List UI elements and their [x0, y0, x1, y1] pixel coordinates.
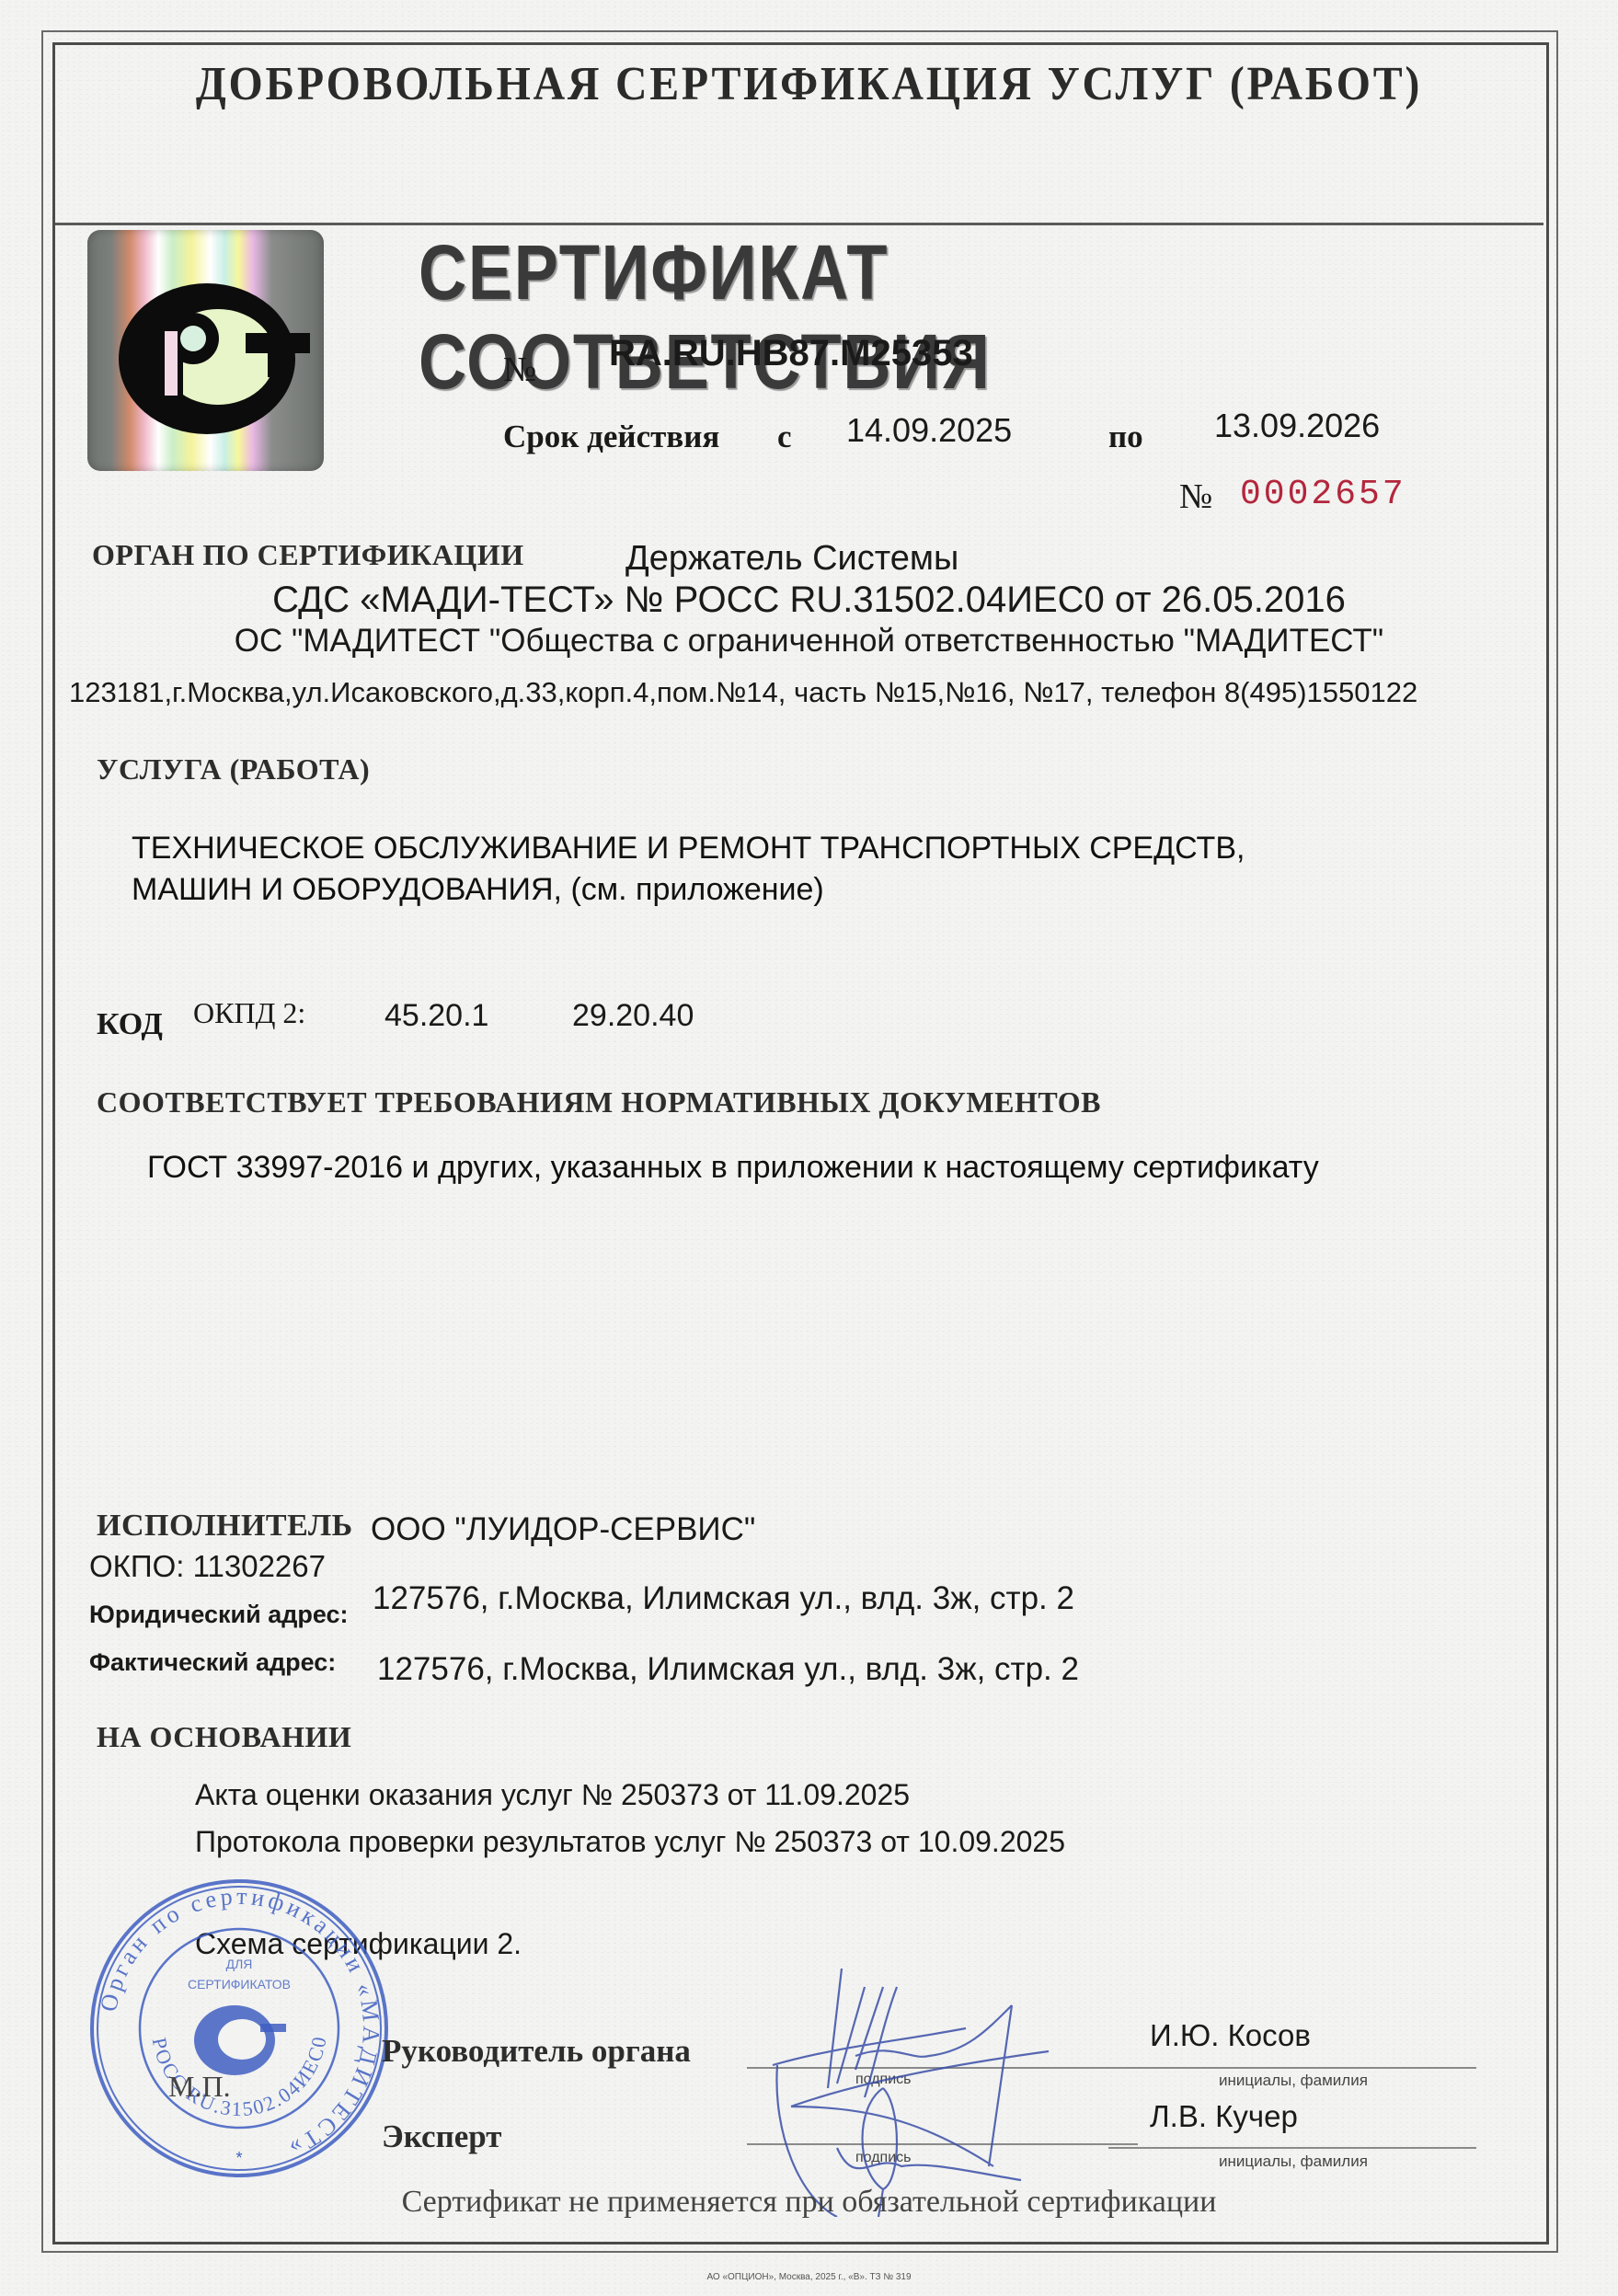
stamp-place-label: М.П. — [168, 2070, 231, 2104]
printer-imprint: АО «ОПЦИОН», Москва, 2025 г., «В». ТЗ № … — [0, 2272, 1618, 2282]
certification-stamp: Орган по сертификации «МАДИТЕСТ» РОСС RU… — [87, 1877, 391, 2180]
system-holder: Держатель Системы — [625, 539, 958, 579]
certification-organization: ОС "МАДИТЕСТ "Общества с ограниченной от… — [0, 623, 1618, 660]
certification-body-address: 123181,г.Москва,ул.Исаковского,д.33,корп… — [69, 676, 1417, 709]
expert-label: Эксперт — [382, 2118, 501, 2155]
expert-name-line — [1108, 2147, 1476, 2149]
handwritten-signature — [745, 1969, 1095, 2217]
head-name: И.Ю. Косов — [1150, 2018, 1311, 2053]
number-label: № — [503, 350, 536, 390]
service-description-line2: МАШИН И ОБОРУДОВАНИЯ, (см. приложение) — [132, 872, 824, 908]
service-label: УСЛУГА (РАБОТА) — [97, 752, 370, 786]
round-stamp-icon: Орган по сертификации «МАДИТЕСТ» РОСС RU… — [87, 1877, 391, 2180]
certificate-number: RA.RU.HB87.M25353 — [609, 333, 973, 374]
serial-number: 0002657 — [1240, 475, 1406, 514]
svg-text:СЕРТИФИКАТОВ: СЕРТИФИКАТОВ — [188, 1977, 291, 1992]
valid-from-date: 14.09.2025 — [846, 411, 1012, 450]
certification-body-label: ОРГАН ПО СЕРТИФИКАЦИИ — [92, 538, 524, 572]
program-title: ДОБРОВОЛЬНАЯ СЕРТИФИКАЦИЯ УСЛУГ (РАБОТ) — [64, 57, 1553, 111]
legal-address-label: Юридический адрес: — [89, 1601, 349, 1629]
validity-from-label: с — [777, 419, 792, 455]
name-caption: инициалы, фамилия — [1219, 2072, 1368, 2090]
basis-item: Протокола проверки результатов услуг № 2… — [195, 1825, 1065, 1859]
basis-item: Акта оценки оказания услуг № 250373 от 1… — [195, 1778, 910, 1812]
legal-address: 127576, г.Москва, Илимская ул., влд. 3ж,… — [373, 1580, 1074, 1617]
svg-text:*: * — [235, 2149, 242, 2167]
header-divider — [55, 223, 1543, 225]
valid-to-date: 13.09.2026 — [1214, 407, 1380, 445]
service-description-line1: ТЕХНИЧЕСКОЕ ОБСЛУЖИВАНИЕ И РЕМОНТ ТРАНСП… — [132, 831, 1245, 867]
head-name-line — [1108, 2067, 1476, 2069]
name-caption: инициалы, фамилия — [1219, 2152, 1368, 2171]
expert-name: Л.В. Кучер — [1150, 2099, 1298, 2134]
validity-to-label: по — [1108, 419, 1143, 455]
executor-label: ИСПОЛНИТЕЛЬ — [97, 1509, 353, 1544]
signature-scribble-icon — [745, 1969, 1095, 2217]
footer-note: Сертификат не применяется при обязательн… — [0, 2185, 1618, 2220]
rst-mark-icon — [87, 230, 324, 471]
validity-label: Срок действия — [503, 419, 719, 455]
head-of-body-label: Руководитель органа — [382, 2033, 691, 2070]
rst-hologram-logo — [87, 230, 324, 471]
okpd-code: 45.20.1 — [384, 998, 488, 1034]
serial-label: № — [1179, 476, 1212, 517]
executor-name: ООО "ЛУИДОР-СЕРВИС" — [371, 1511, 755, 1548]
actual-address-label: Фактический адрес: — [89, 1648, 336, 1677]
executor-okpo: ОКПО: 11302267 — [89, 1549, 326, 1584]
requirements-label: СООТВЕТСТВУЕТ ТРЕБОВАНИЯМ НОРМАТИВНЫХ ДО… — [97, 1085, 1101, 1119]
certificate-title: СЕРТИФИКАТ СООТВЕТСТВИЯ — [419, 228, 1450, 407]
actual-address: 127576, г.Москва, Илимская ул., влд. 3ж,… — [377, 1651, 1079, 1688]
requirements-text: ГОСТ 33997-2016 и других, указанных в пр… — [147, 1150, 1319, 1186]
code-label: КОД — [97, 1007, 163, 1042]
okpd-code: 29.20.40 — [572, 998, 694, 1034]
certification-system: СДС «МАДИ-ТЕСТ» № РОСС RU.31502.04ИЕС0 о… — [0, 580, 1618, 621]
okpd-classifier: ОКПД 2: — [193, 996, 305, 1030]
svg-text:ДЛЯ: ДЛЯ — [226, 1957, 253, 1971]
basis-label: НА ОСНОВАНИИ — [97, 1720, 351, 1754]
